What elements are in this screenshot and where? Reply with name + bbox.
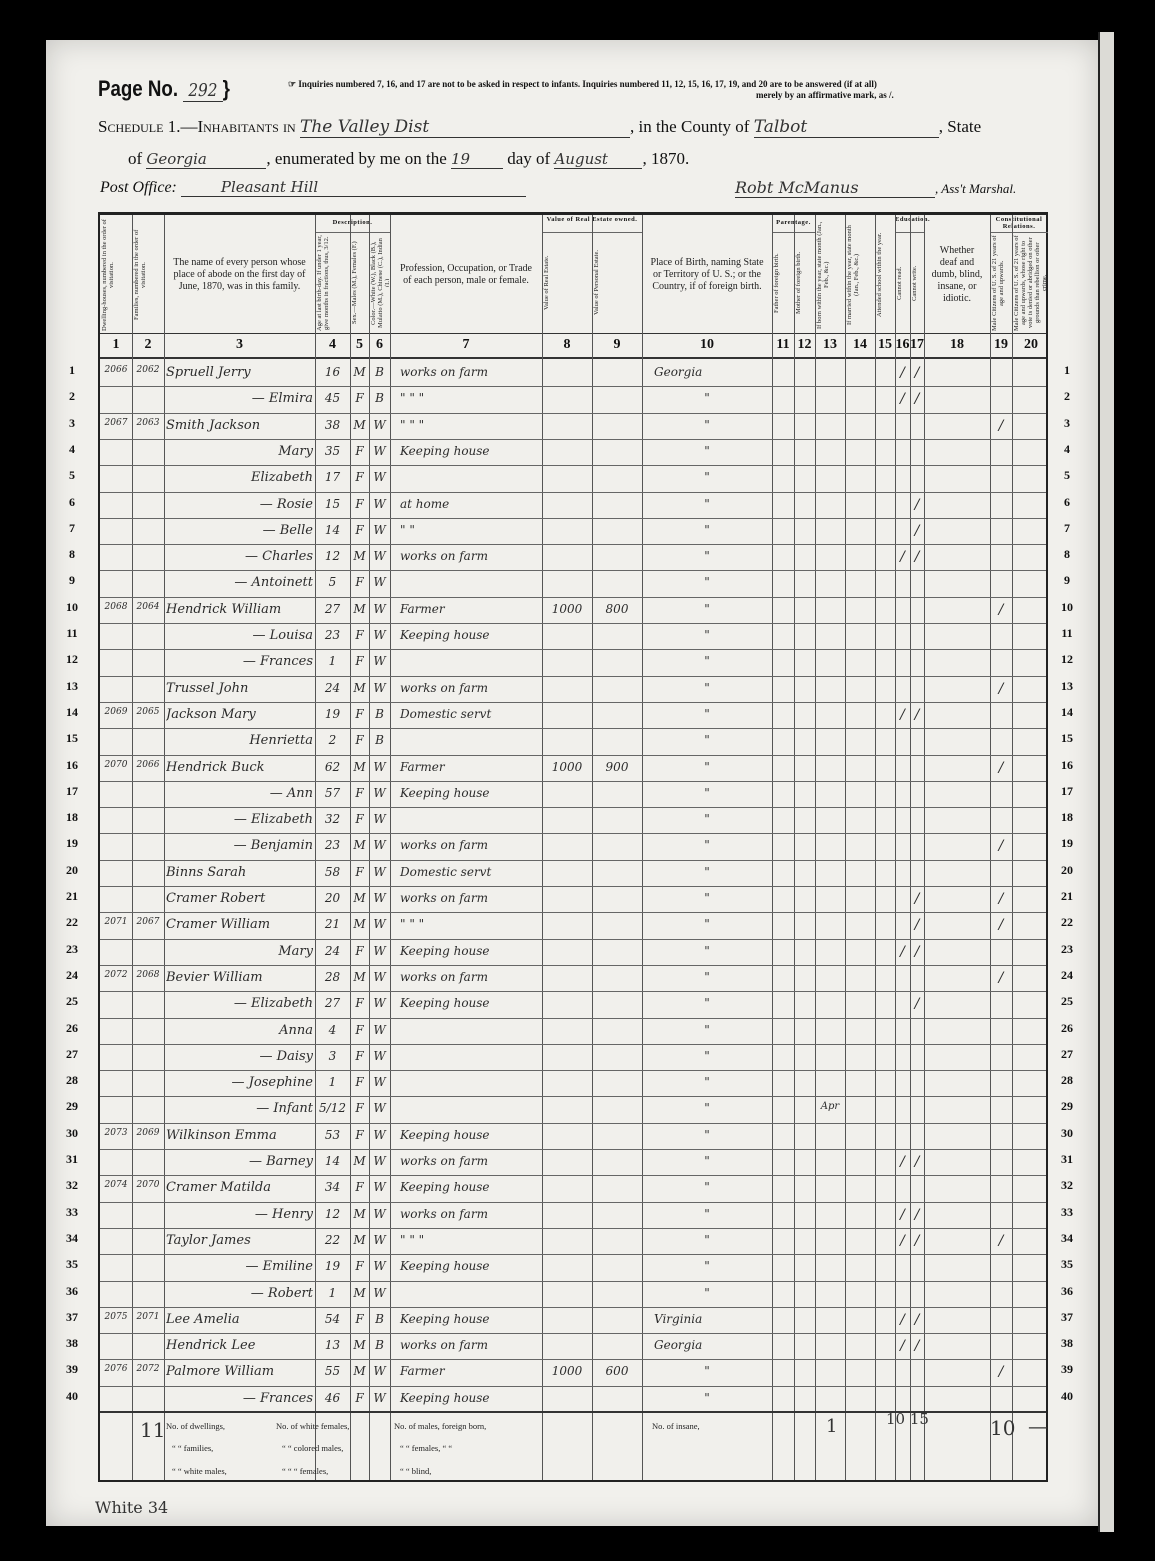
column-divider [132, 215, 133, 1480]
age: 17 [317, 470, 348, 484]
dwellings-tally: 11 [140, 1418, 165, 1442]
column-number-11: 11 [772, 333, 794, 357]
age: 14 [317, 523, 348, 537]
bottom-margin-note: White 34 [95, 1498, 168, 1517]
row-divider [100, 1333, 1046, 1334]
sex: M [352, 1286, 367, 1300]
line-number-left: 17 [60, 784, 84, 799]
occupation: works on farm [392, 681, 548, 695]
line-number-right: 19 [1055, 836, 1079, 851]
line-number-right: 3 [1055, 416, 1079, 431]
group-constitutional: Constitutional Relations. [990, 216, 1048, 230]
line-number-left: 24 [60, 968, 84, 983]
birthplace: " [644, 523, 770, 537]
line-number-left: 31 [60, 1152, 84, 1167]
male-citizen-mark: / [992, 760, 1010, 776]
instructions-note: ☞ Inquiries numbered 7, 16, and 17 are n… [288, 79, 877, 90]
occupation: at home [392, 497, 548, 511]
sex: M [352, 917, 367, 931]
color: W [371, 838, 388, 852]
person-name: — Frances [166, 654, 313, 669]
column-divider [390, 215, 391, 1480]
cannot-write-mark: / [912, 996, 922, 1012]
line-number-right: 21 [1055, 889, 1079, 904]
line-number-right: 26 [1055, 1021, 1079, 1036]
occupation: Keeping house [392, 1312, 548, 1326]
marshal-signature: Robt McManus [735, 178, 935, 198]
age: 4 [317, 1023, 348, 1037]
line-number-left: 34 [60, 1231, 84, 1246]
male-citizen-mark: / [992, 917, 1010, 933]
sex: F [352, 497, 367, 511]
page-edge [1098, 32, 1114, 1532]
person-name: — Ann [166, 786, 313, 801]
row-divider [100, 991, 1046, 992]
occupation: works on farm [392, 1207, 548, 1221]
birthplace: " [644, 1075, 770, 1089]
birthplace: " [644, 418, 770, 432]
sex: F [352, 996, 367, 1010]
color: W [371, 549, 388, 563]
birthplace: " [644, 733, 770, 747]
line-number-left: 23 [60, 942, 84, 957]
birthplace: " [644, 996, 770, 1010]
line-number-right: 32 [1055, 1178, 1079, 1193]
column-divider [924, 215, 925, 1480]
personal-estate-value: 800 [594, 602, 640, 616]
sex: F [352, 391, 367, 405]
occupation: Domestic servt [392, 707, 548, 721]
family-number: 2063 [134, 418, 162, 428]
column-divider [895, 215, 896, 1480]
age: 27 [317, 602, 348, 616]
footer-colored-females: “ “ “ females, [282, 1466, 328, 1476]
color: W [371, 628, 388, 642]
birthplace: " [644, 602, 770, 616]
sex: F [352, 1180, 367, 1194]
column-number-19: 19 [990, 333, 1012, 357]
family-number: 2065 [134, 707, 162, 717]
personal-estate-value: 600 [594, 1364, 640, 1378]
line-number-left: 5 [60, 468, 84, 483]
person-name: Hendrick Buck [166, 760, 313, 775]
dwelling-number: 2070 [102, 760, 130, 770]
column-header-11: Father of foreign birth. [773, 235, 793, 331]
line-number-left: 6 [60, 495, 84, 510]
birthplace: Georgia [644, 365, 780, 379]
row-divider [100, 570, 1046, 571]
sex: M [352, 602, 367, 616]
cannot-write-mark: / [912, 707, 922, 723]
birthplace: " [644, 786, 770, 800]
birthplace: " [644, 497, 770, 511]
age: 1 [317, 1075, 348, 1089]
state-line: of Georgia, enumerated by me on the 19 d… [128, 149, 689, 169]
birthplace: " [644, 891, 770, 905]
age: 12 [317, 1207, 348, 1221]
column-divider [990, 215, 991, 1480]
person-name: Binns Sarah [166, 865, 313, 880]
sex: F [352, 865, 367, 879]
dwelling-number: 2075 [102, 1312, 130, 1322]
row-divider [100, 1018, 1046, 1019]
person-name: — Belle [166, 523, 313, 538]
line-number-left: 14 [60, 705, 84, 720]
birthplace: " [644, 1154, 770, 1168]
column-number-17: 17 [910, 333, 924, 357]
person-name: Wilkinson Emma [166, 1128, 313, 1143]
line-number-left: 9 [60, 573, 84, 588]
birthplace: Georgia [644, 1338, 780, 1352]
color: W [371, 1286, 388, 1300]
sex: M [352, 970, 367, 984]
column-divider [642, 215, 643, 1480]
column-number-8: 8 [542, 333, 592, 357]
person-name: — Elmira [166, 391, 313, 406]
occupation: Keeping house [392, 786, 548, 800]
line-number-right: 35 [1055, 1257, 1079, 1272]
line-number-right: 29 [1055, 1099, 1079, 1114]
color: W [371, 1023, 388, 1037]
occupation: " " " [392, 391, 548, 405]
age: 23 [317, 628, 348, 642]
dwelling-number: 2074 [102, 1180, 130, 1190]
line-number-right: 16 [1055, 758, 1079, 773]
person-name: — Elizabeth [166, 812, 313, 827]
line-number-right: 7 [1055, 521, 1079, 536]
dwelling-number: 2068 [102, 602, 130, 612]
age: 5/12 [317, 1101, 348, 1115]
birthplace: " [644, 1286, 770, 1300]
line-number-left: 10 [60, 600, 84, 615]
column-header-17: Cannot write. [911, 235, 923, 331]
real-estate-value: 1000 [544, 1364, 590, 1378]
line-number-left: 28 [60, 1073, 84, 1088]
dwelling-number: 2072 [102, 970, 130, 980]
color: W [371, 1180, 388, 1194]
sex: F [352, 1391, 367, 1405]
person-name: Henrietta [166, 733, 313, 748]
birthplace: " [644, 1259, 770, 1273]
age: 2 [317, 733, 348, 747]
row-divider [100, 728, 1046, 729]
cannot-write-mark: / [912, 891, 922, 907]
male-citizen-mark: / [992, 1364, 1010, 1380]
birthplace: " [644, 1023, 770, 1037]
post-office-value: Pleasant Hill [181, 178, 526, 197]
color: W [371, 812, 388, 826]
birth-month: Apr [817, 1101, 843, 1112]
person-name: — Henry [166, 1207, 313, 1222]
color: W [371, 917, 388, 931]
family-number: 2071 [134, 1312, 162, 1322]
cannot-read-mark: / [897, 1312, 908, 1328]
column-number-15: 15 [875, 333, 895, 357]
row-divider [100, 1254, 1046, 1255]
sex: F [352, 1259, 367, 1273]
age: 58 [317, 865, 348, 879]
age: 46 [317, 1391, 348, 1405]
color: W [371, 1075, 388, 1089]
column-number-12: 12 [794, 333, 815, 357]
family-number: 2067 [134, 917, 162, 927]
line-number-right: 9 [1055, 573, 1079, 588]
occupation: works on farm [392, 1338, 548, 1352]
color: W [371, 1233, 388, 1247]
row-divider [100, 623, 1046, 624]
color: W [371, 1364, 388, 1378]
age: 21 [317, 917, 348, 931]
line-number-left: 3 [60, 416, 84, 431]
line-number-left: 35 [60, 1257, 84, 1272]
occupation: works on farm [392, 838, 548, 852]
row-divider [100, 1281, 1046, 1282]
line-number-right: 12 [1055, 652, 1079, 667]
occupation: Keeping house [392, 1180, 548, 1194]
row-divider [100, 860, 1046, 861]
age: 24 [317, 944, 348, 958]
footer-foreign-females: “ “ females, “ “ [400, 1443, 452, 1453]
occupation: works on farm [392, 1154, 548, 1168]
line-number-right: 25 [1055, 994, 1079, 1009]
cannot-write-mark: / [912, 523, 922, 539]
line-number-right: 37 [1055, 1310, 1079, 1325]
cannot-write-mark: / [912, 497, 922, 513]
line-number-right: 40 [1055, 1389, 1079, 1404]
sex: M [352, 418, 367, 432]
sex: F [352, 1128, 367, 1142]
person-name: Bevier William [166, 970, 313, 985]
row-divider [100, 1228, 1046, 1229]
line-number-right: 8 [1055, 547, 1079, 562]
line-number-left: 39 [60, 1362, 84, 1377]
column-divider [1012, 215, 1013, 1480]
sex: F [352, 786, 367, 800]
post-office-line: Post Office: Pleasant Hill [100, 178, 526, 197]
constitutional-group-line [990, 232, 1048, 233]
row-divider [100, 492, 1046, 493]
family-number: 2068 [134, 970, 162, 980]
person-name: Trussel John [166, 681, 313, 696]
occupation: " " [392, 523, 548, 537]
line-number-left: 38 [60, 1336, 84, 1351]
person-name: Cramer Robert [166, 891, 313, 906]
column-header-3: The name of every person whose place of … [165, 219, 314, 331]
sex: M [352, 1207, 367, 1221]
person-name: — Frances [166, 1391, 313, 1406]
cannot-read-mark: / [897, 1154, 908, 1170]
column-divider [875, 215, 876, 1480]
row-divider [100, 597, 1046, 598]
birthplace: " [644, 575, 770, 589]
age: 14 [317, 1154, 348, 1168]
line-number-left: 15 [60, 731, 84, 746]
person-name: — Antoinett [166, 575, 313, 590]
male-citizen-mark: / [992, 1233, 1010, 1249]
row-divider [100, 1386, 1046, 1387]
cannot-write-mark: / [912, 391, 922, 407]
column-number-16: 16 [895, 333, 910, 357]
age: 16 [317, 365, 348, 379]
column-header-19: Male Citizens of U. S. of 21 years of ag… [991, 235, 1011, 331]
sex: F [352, 444, 367, 458]
column-number-14: 14 [845, 333, 875, 357]
column-number-1: 1 [100, 333, 132, 357]
row-divider [100, 702, 1046, 703]
age: 1 [317, 654, 348, 668]
occupation: Farmer [392, 760, 548, 774]
male-citizen-mark: / [992, 838, 1010, 854]
birthplace: " [644, 1364, 770, 1378]
birthplace: " [644, 470, 770, 484]
row-divider [100, 386, 1046, 387]
person-name: — Rosie [166, 497, 313, 512]
person-name: Anna [166, 1023, 313, 1038]
sex: F [352, 1075, 367, 1089]
male-citizen-mark: / [992, 681, 1010, 697]
sex: M [352, 1154, 367, 1168]
column-number-5: 5 [350, 333, 369, 357]
column-number-6: 6 [369, 333, 390, 357]
sex: F [352, 733, 367, 747]
column-header-8: Value of Real Estate. [543, 235, 591, 331]
footer-colored-males: “ “ colored males, [282, 1443, 343, 1453]
cannot-read-mark: / [897, 1207, 908, 1223]
color: W [371, 602, 388, 616]
column-header-12: Mother of foreign birth. [795, 235, 814, 331]
color: W [371, 970, 388, 984]
cannot-read-mark: / [897, 1338, 908, 1354]
birthplace: " [644, 760, 770, 774]
line-number-left: 22 [60, 915, 84, 930]
sex: F [352, 707, 367, 721]
age: 32 [317, 812, 348, 826]
line-number-right: 20 [1055, 863, 1079, 878]
footer-families: “ “ families, [172, 1443, 213, 1453]
row-divider [100, 1359, 1046, 1360]
color: W [371, 1128, 388, 1142]
column-number-20: 20 [1012, 333, 1050, 357]
age: 27 [317, 996, 348, 1010]
sex: M [352, 1233, 367, 1247]
line-number-right: 34 [1055, 1231, 1079, 1246]
person-name: Lee Amelia [166, 1312, 313, 1327]
line-number-left: 19 [60, 836, 84, 851]
sex: F [352, 812, 367, 826]
line-number-left: 18 [60, 810, 84, 825]
age: 5 [317, 575, 348, 589]
age: 28 [317, 970, 348, 984]
tally-col16-17: 10 15 [886, 1410, 929, 1428]
column-divider [772, 215, 773, 1480]
age: 34 [317, 1180, 348, 1194]
color: W [371, 523, 388, 537]
color: W [371, 444, 388, 458]
column-header-7: Profession, Occupation, or Trade of each… [391, 219, 541, 331]
age: 19 [317, 707, 348, 721]
age: 15 [317, 497, 348, 511]
line-number-right: 39 [1055, 1362, 1079, 1377]
person-name: — Barney [166, 1154, 313, 1169]
person-name: — Elizabeth [166, 996, 313, 1011]
line-number-left: 32 [60, 1178, 84, 1193]
row-divider [100, 676, 1046, 677]
sex: M [352, 681, 367, 695]
occupation: works on farm [392, 365, 548, 379]
dwelling-number: 2066 [102, 365, 130, 375]
age: 54 [317, 1312, 348, 1326]
tally-col19: 10 [990, 1416, 1015, 1440]
birthplace: " [644, 549, 770, 563]
footer-insane: No. of insane, [652, 1421, 700, 1431]
occupation: Keeping house [392, 996, 548, 1010]
family-number: 2072 [134, 1364, 162, 1374]
cannot-read-mark: / [897, 549, 908, 565]
person-name: Cramer William [166, 917, 313, 932]
birthplace: " [644, 1128, 770, 1142]
person-name: — Infant [166, 1101, 313, 1116]
color: W [371, 418, 388, 432]
column-number-13: 13 [815, 333, 845, 357]
male-citizen-mark: / [992, 602, 1010, 618]
person-name: Taylor James [166, 1233, 313, 1248]
age: 55 [317, 1364, 348, 1378]
color: W [371, 891, 388, 905]
county-value: Talbot [754, 117, 939, 138]
marshal-line: Robt McManus, Ass't Marshal. [735, 178, 1016, 198]
birthplace: " [644, 917, 770, 931]
sex: M [352, 1338, 367, 1352]
tally-col20: — [1028, 1414, 1048, 1438]
real-estate-value: 1000 [544, 760, 590, 774]
state-value: Georgia [146, 150, 266, 169]
age: 35 [317, 444, 348, 458]
line-number-left: 26 [60, 1021, 84, 1036]
cannot-read-mark: / [897, 365, 908, 381]
row-divider [100, 1175, 1046, 1176]
line-number-right: 5 [1055, 468, 1079, 483]
line-number-left: 30 [60, 1126, 84, 1141]
cannot-write-mark: / [912, 917, 922, 933]
row-divider [100, 807, 1046, 808]
color: W [371, 1101, 388, 1115]
birthplace: " [644, 838, 770, 852]
line-number-right: 27 [1055, 1047, 1079, 1062]
personal-estate-value: 900 [594, 760, 640, 774]
family-number: 2070 [134, 1180, 162, 1190]
family-number: 2062 [134, 365, 162, 375]
sex: F [352, 1049, 367, 1063]
row-divider [100, 1096, 1046, 1097]
person-name: — Benjamin [166, 838, 313, 853]
person-name: Hendrick Lee [166, 1338, 313, 1353]
male-citizen-mark: / [992, 418, 1010, 434]
person-name: — Louisa [166, 628, 313, 643]
column-divider [315, 215, 316, 1480]
cannot-write-mark: / [912, 549, 922, 565]
age: 23 [317, 838, 348, 852]
footer-blind: “ “ blind, [400, 1466, 431, 1476]
occupation: Keeping house [392, 628, 548, 642]
birthplace: Virginia [644, 1312, 780, 1326]
sex: M [352, 549, 367, 563]
cannot-write-mark: / [912, 1233, 922, 1249]
row-divider [100, 465, 1046, 466]
sex: F [352, 628, 367, 642]
occupation: Keeping house [392, 1128, 548, 1142]
age: 57 [317, 786, 348, 800]
header-bottom-divider [100, 357, 1046, 359]
